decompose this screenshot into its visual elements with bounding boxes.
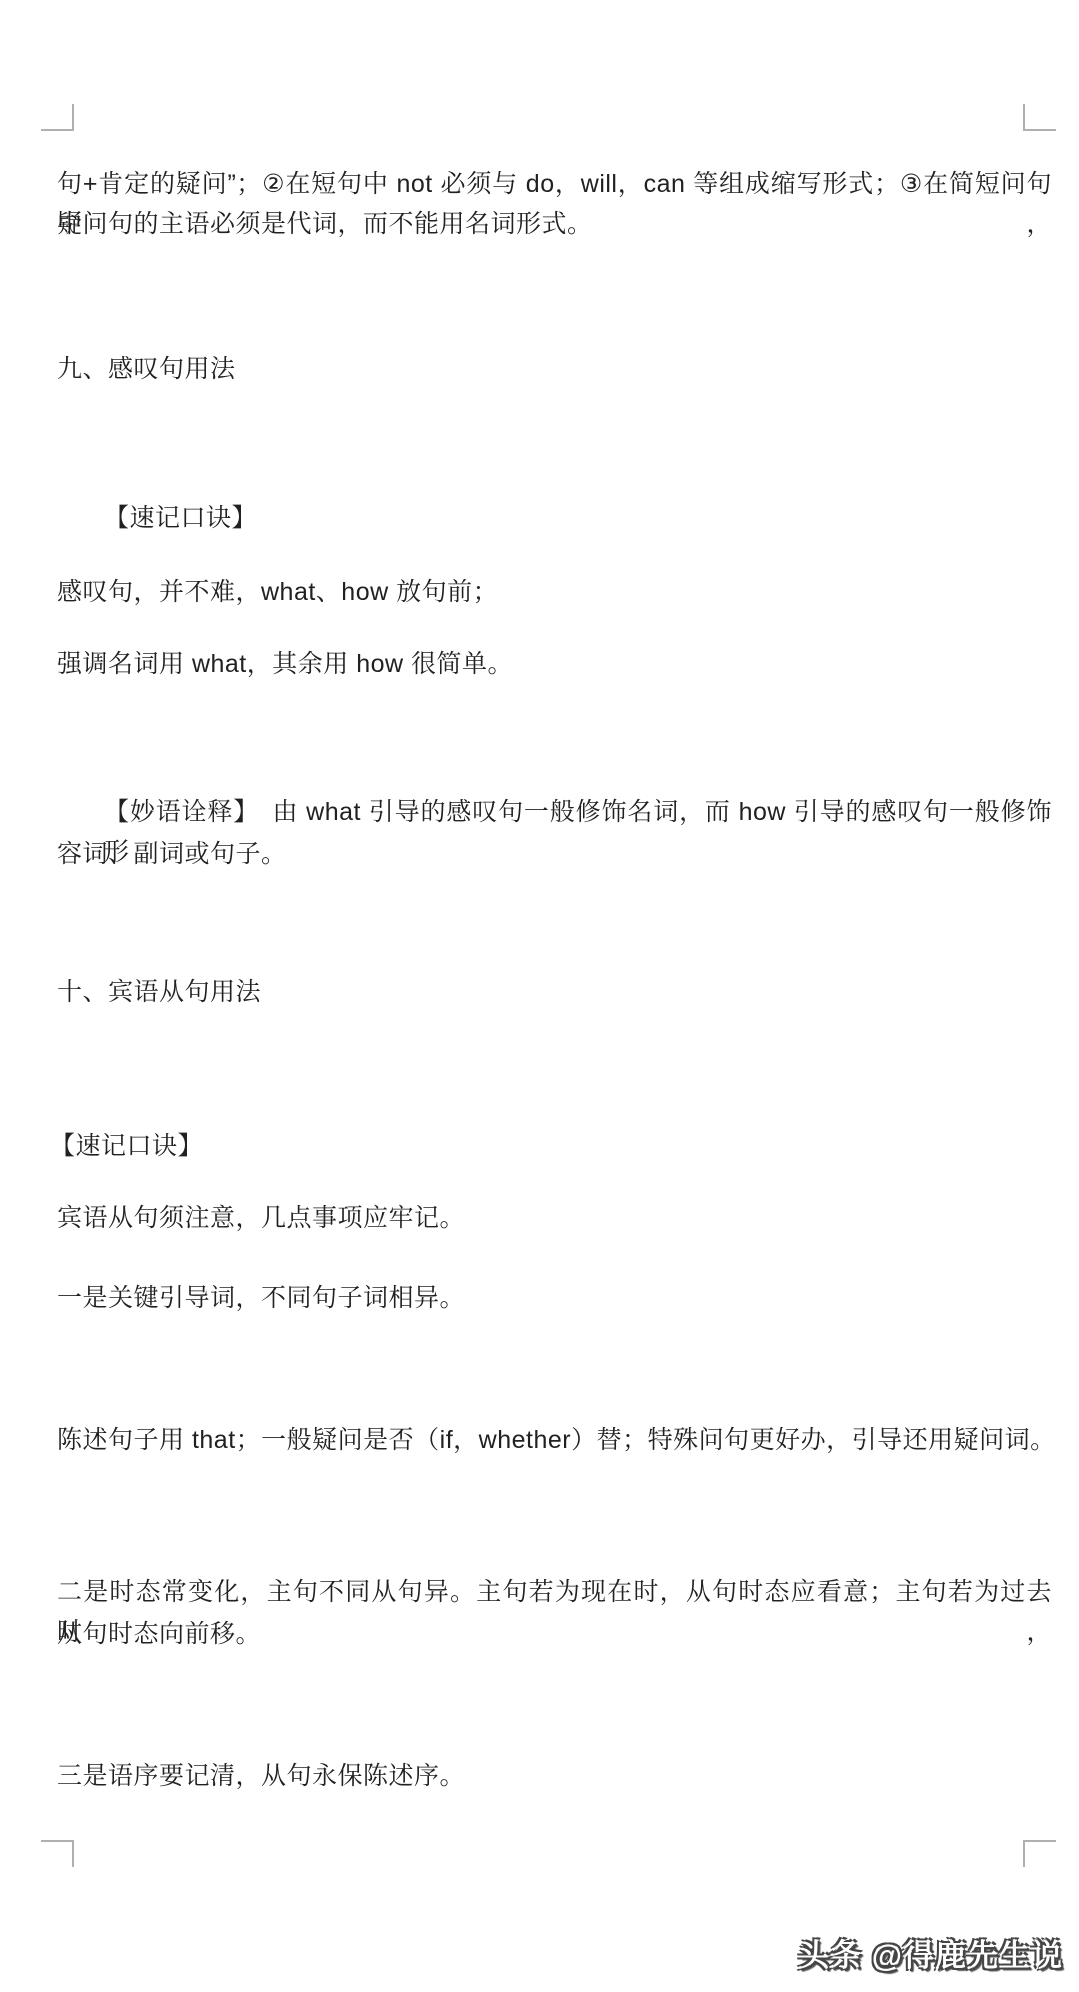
toutiao-watermark: 头条 @得鹿先生说 <box>798 1930 1063 1975</box>
crop-mark-bottom-left <box>41 1840 74 1867</box>
section-10-mnemonic-label: 【速记口诀】 <box>50 1126 1052 1166</box>
section-9-heading: 九、感叹句用法 <box>57 349 1052 389</box>
crop-mark-top-right <box>1023 104 1056 131</box>
section-10-mnemonic-line-3: 陈述句子用 that；一般疑问是否（if，whether）替；特殊问句更好办，引… <box>57 1420 1052 1460</box>
section-9-note-line-2: 容词、副词或句子。 <box>57 834 1052 874</box>
crop-mark-top-left <box>41 104 74 131</box>
section-10-mnemonic-line-1: 宾语从句须注意，几点事项应牢记。 <box>57 1198 1052 1238</box>
section-9-mnemonic-line-1: 感叹句，并不难，what、how 放句前； <box>57 572 1052 612</box>
section-10-mnemonic-line-2: 一是关键引导词，不同句子词相异。 <box>57 1278 1052 1318</box>
section-10-mnemonic-line-5: 三是语序要记清，从句永保陈述序。 <box>57 1756 1052 1796</box>
section-9-mnemonic-line-2: 强调名词用 what，其余用 how 很简单。 <box>57 644 1052 684</box>
document-page: 句+肯定的疑问”；②在短句中 not 必须与 do，will，can 等组成缩写… <box>0 0 1079 1992</box>
section-10-heading: 十、宾语从句用法 <box>57 972 1052 1012</box>
crop-mark-bottom-right <box>1023 1840 1056 1867</box>
prev-paragraph-line-2: 疑问句的主语必须是代词，而不能用名词形式。 <box>57 204 1052 244</box>
section-9-mnemonic-label: 【速记口诀】 <box>104 498 1052 538</box>
section-10-mnemonic-line-4b: 从句时态向前移。 <box>57 1614 1052 1654</box>
